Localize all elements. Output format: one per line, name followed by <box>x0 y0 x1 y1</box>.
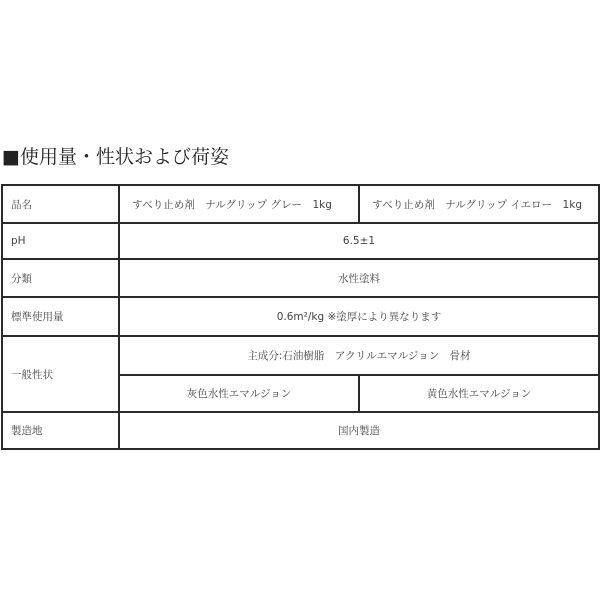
row-label: 一般性状 <box>2 336 119 412</box>
row-label: 製造地 <box>2 412 119 449</box>
table-row-properties: 一般性状 主成分:石油樹脂 アクリルエマルジョン 骨材 <box>2 336 599 375</box>
spec-table: 品名 すべり止め剤 ナルグリップ グレー 1kg すべり止め剤 ナルグリップ イ… <box>1 184 600 450</box>
table-row-ph: pH 6.5±1 <box>2 223 599 259</box>
origin-value: 国内製造 <box>119 412 599 449</box>
table-row-category: 分類 水性塗料 <box>2 259 599 297</box>
row-label: 品名 <box>2 185 119 223</box>
table-row-usage: 標準使用量 0.6m²/kg ※塗厚により異なります <box>2 297 599 336</box>
category-value: 水性塗料 <box>119 259 599 297</box>
section-title: ■使用量・性状および荷姿 <box>2 142 229 169</box>
usage-value: 0.6m²/kg ※塗厚により異なります <box>119 297 599 336</box>
product-gray: すべり止め剤 ナルグリップ グレー 1kg <box>119 185 359 223</box>
ph-value: 6.5±1 <box>119 223 599 259</box>
row-label: 分類 <box>2 259 119 297</box>
properties-yellow: 黄色水性エマルジョン <box>359 375 599 412</box>
row-label: 標準使用量 <box>2 297 119 336</box>
properties-gray: 灰色水性エマルジョン <box>119 375 359 412</box>
table-row-product-name: 品名 すべり止め剤 ナルグリップ グレー 1kg すべり止め剤 ナルグリップ イ… <box>2 185 599 223</box>
properties-main: 主成分:石油樹脂 アクリルエマルジョン 骨材 <box>119 336 599 375</box>
table-row-origin: 製造地 国内製造 <box>2 412 599 449</box>
product-yellow: すべり止め剤 ナルグリップ イエロー 1kg <box>359 185 599 223</box>
row-label: pH <box>2 223 119 259</box>
